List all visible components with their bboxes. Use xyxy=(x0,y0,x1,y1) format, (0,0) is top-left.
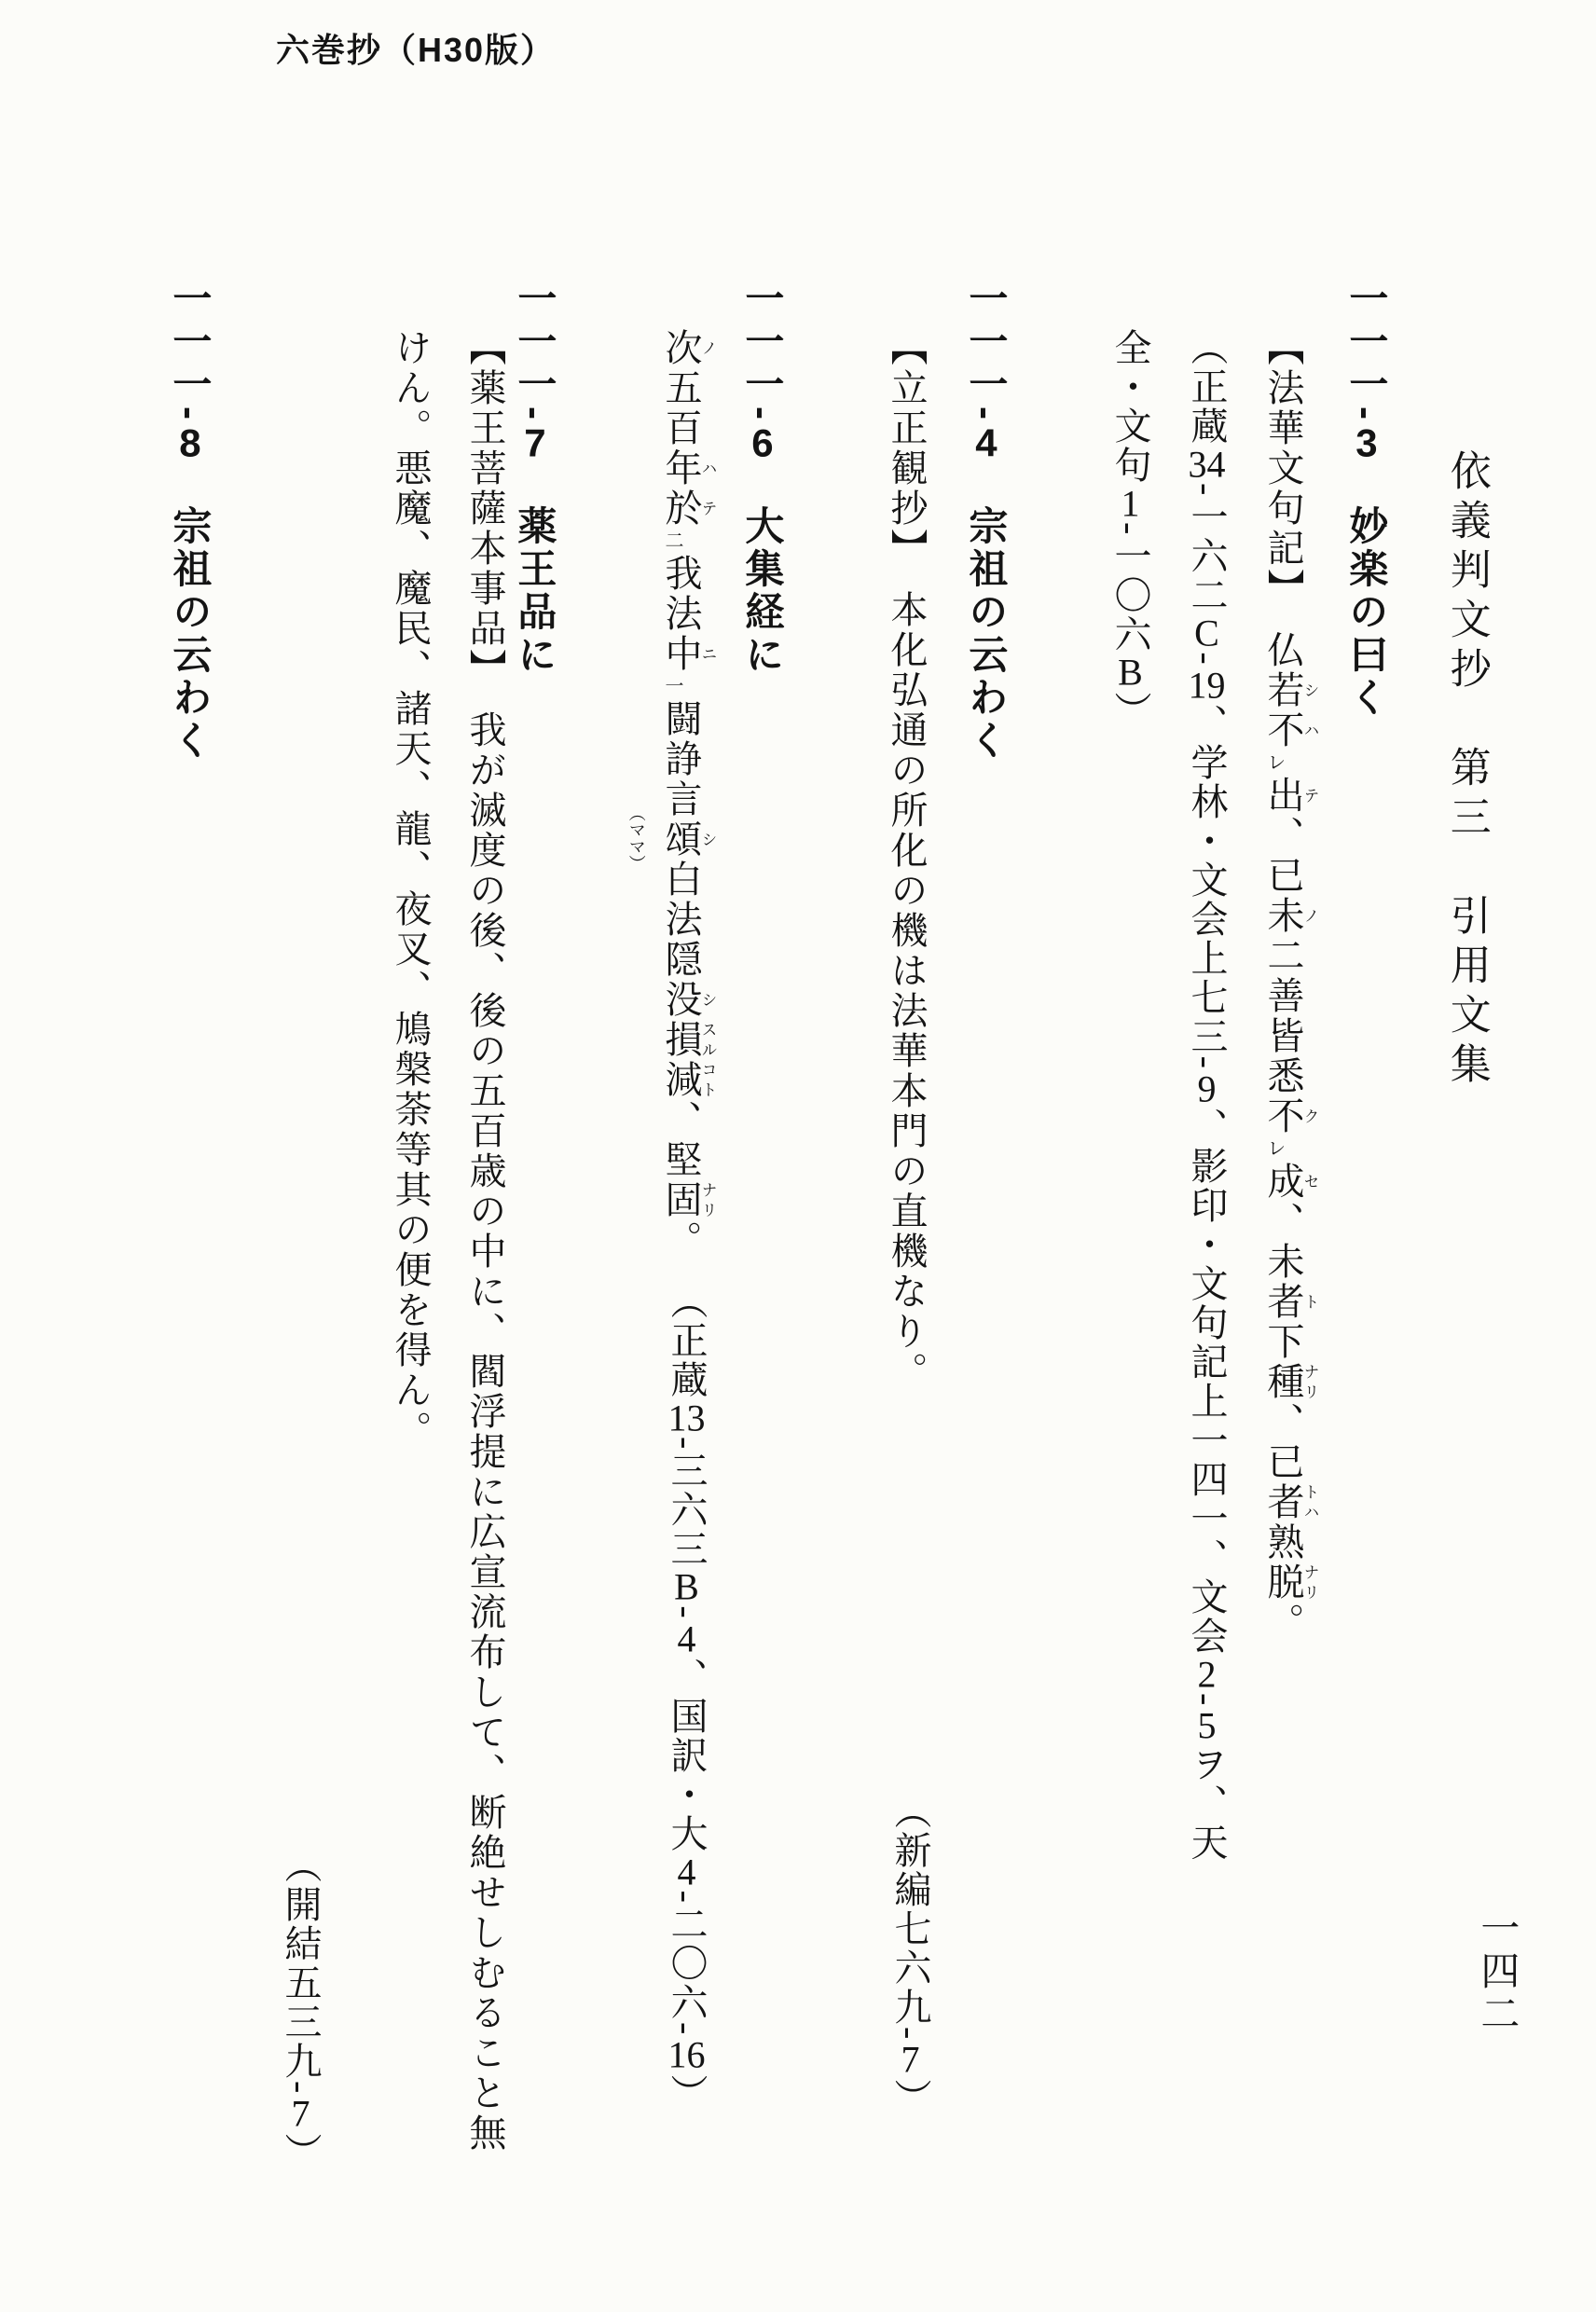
kaeriten-mark: 一 xyxy=(661,676,683,697)
citation-111-4: （新編七六九-7） xyxy=(887,1792,932,2117)
citation-111-3: （正蔵34-一六二C-19、学林・文会上七三-9、影印・文句記上一四一、文会2-… xyxy=(1086,328,1245,1913)
quote-111-6-daijikkyo: 次ノ五百年ハ於テ二我法中ニ一闘諍言頌シ（ママ）白法隠没シ損減スルコト、堅固ナリ。 xyxy=(658,328,717,1260)
section-heading-111-4: 一一一-4 宗祖の云わく xyxy=(962,278,1009,763)
kaeriten-mark: 二 xyxy=(661,530,683,552)
section-heading-111-3: 一一一-3 妙楽の曰く xyxy=(1342,278,1389,720)
section-heading-111-6: 一一一-6 大集経に xyxy=(738,278,785,677)
quote-111-3-hokke-mongu-ki: 【法華文句記】 仏若シ不ハレ出テ、已未ノ二善皆悉不クレ成セ、未者ト下種ナリ、已者… xyxy=(1260,328,1319,1643)
quote-111-4-rissho-kansho: 【立正観抄】 本化弘通の所化の機は法華本門の直機なり。 xyxy=(884,328,929,1392)
kaeriten-mark: レ xyxy=(1263,752,1286,774)
quote-111-7-yakuo-bosatsu-honjihon: 【薬王菩薩本事品】 我が滅度の後、後の五百歳の中に、閻浮提に広宣流布して、断絶せ… xyxy=(356,328,522,2188)
kaeriten-mark: レ xyxy=(1263,1138,1286,1160)
edition-note: 六巻抄（H30版） xyxy=(276,24,556,72)
citation-111-6: （正蔵13-三六三B-4、国訳・大4-二〇六-16） xyxy=(664,1282,709,2112)
mama-sic-note: （ママ） xyxy=(626,805,645,872)
running-title: 依義判文抄 第三 引用文集 xyxy=(1441,449,1491,1092)
citation-111-7: （開結五三九-7） xyxy=(278,1846,323,2171)
page-number: 一四二 xyxy=(1473,1907,1520,2036)
document-page: 六巻抄（H30版） 依義判文抄 第三 引用文集 一一一-3 妙楽の曰く 【法華文… xyxy=(0,0,1596,2312)
section-heading-111-8: 一一一-8 宗祖の云わく xyxy=(166,278,213,763)
